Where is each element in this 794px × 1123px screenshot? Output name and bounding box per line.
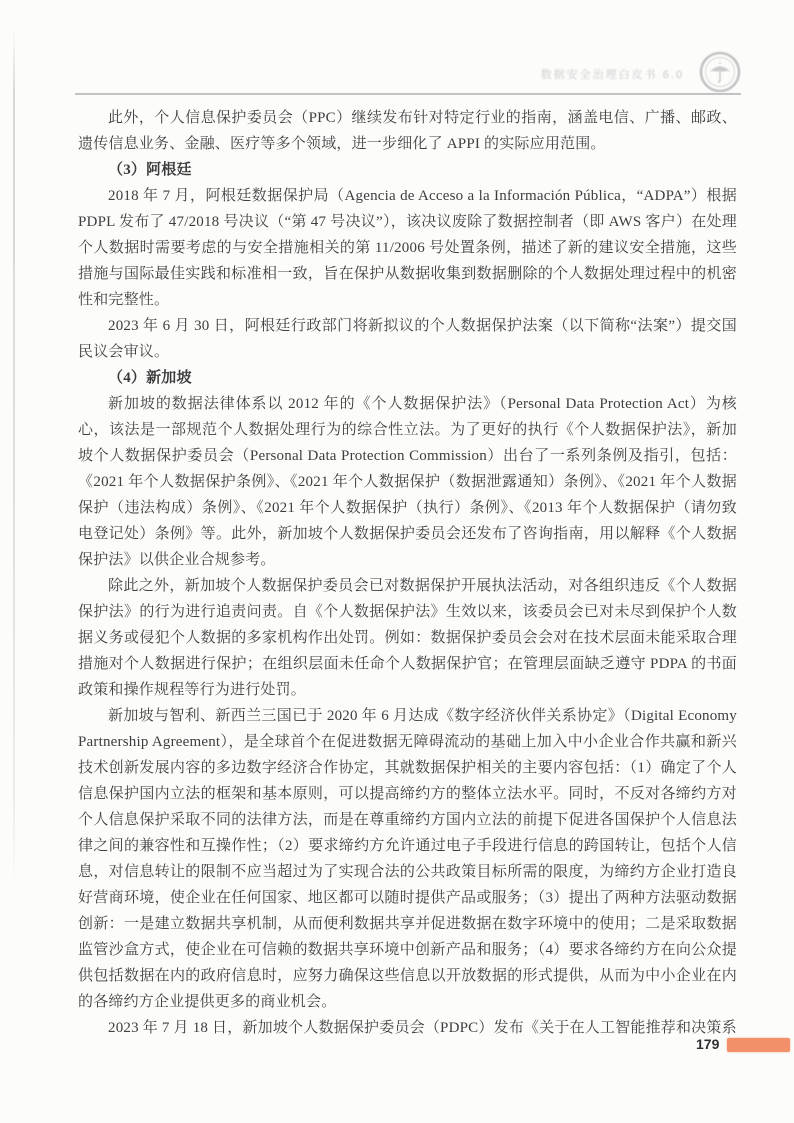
running-header-title: 数据安全治理白皮书 6.0 — [541, 66, 684, 82]
page-tab-accent — [727, 1038, 790, 1052]
header-divider — [75, 93, 741, 95]
paragraph-singapore-enforcement: 除此之外，新加坡个人数据保护委员会已对数据保护开展执法活动，对各组织违反《个人数… — [78, 573, 737, 703]
paragraph-argentina-bill: 2023 年 6 月 30 日，阿根廷行政部门将新拟议的个人数据保护法案（以下简… — [78, 313, 737, 365]
paragraph-argentina-adpa: 2018 年 7 月，阿根廷数据保护局（Agencia de Acceso a … — [78, 183, 737, 313]
umbrella-seal-icon — [699, 51, 741, 93]
paragraph-singapore-pdpa: 新加坡的数据法律体系以 2012 年的《个人数据保护法》（Personal Da… — [78, 391, 737, 573]
section-heading-argentina: （3）阿根廷 — [78, 157, 737, 183]
paragraph-ppc-guidance: 此外，个人信息保护委员会（PPC）继续发布针对特定行业的指南，涵盖电信、广播、邮… — [78, 105, 737, 157]
document-body: 此外，个人信息保护委员会（PPC）继续发布针对特定行业的指南，涵盖电信、广播、邮… — [78, 105, 737, 1041]
section-heading-singapore: （4）新加坡 — [78, 365, 737, 391]
page-number: 179 — [696, 1036, 719, 1052]
paragraph-depa-agreement: 新加坡与智利、新西兰三国已于 2020 年 6 月达成《数字经济伙伴关系协定》（… — [78, 703, 737, 1015]
scanned-document-page: { "page": { "header": { "title": "数据安全治理… — [0, 0, 794, 1123]
paragraph-pdpc-ai-guide: 2023 年 7 月 18 日，新加坡个人数据保护委员会（PDPC）发布《关于在… — [78, 1015, 737, 1041]
scan-edge-artifact — [13, 28, 15, 886]
